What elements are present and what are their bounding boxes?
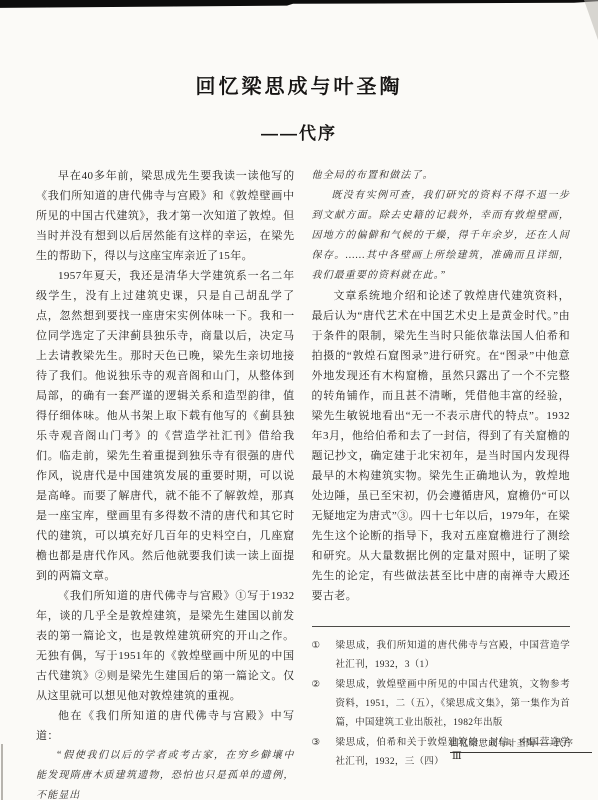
right-column: 他全局的布置和做法了。 既没有实例可查，我们研究的资料不得不退一步到文献方面。除… [312,166,571,800]
left-column: 早在40多年前，梁思成先生要我读一读他写的《我们所知道的唐代佛寺与宫殿》和《敦煌… [36,166,295,800]
page-number: Ⅲ [452,751,462,762]
block-quote-second: 既没有实例可查，我们研究的资料不得不退一步到文献方面。除去史籍的记载外，幸而有敦… [312,186,571,286]
footnote-1: ① 梁思成，我们所知道的唐代佛寺与宫殿，中国营造学社汇刊，1932，3（1） [312,637,571,675]
footnote-marker: ② [312,676,336,733]
block-quote-start: “假使我们以后的学者或考古家，在穷乡僻壤中能发现隋唐木质建筑遗物，恐怕也只是孤单… [36,746,295,800]
paragraph-analysis: 文章系统地介绍和论述了敦煌唐代建筑资料，最后认为“唐代艺术在中国艺术史上是黄金时… [312,286,571,606]
footnote-text: 梁思成，我们所知道的唐代佛寺与宫殿，中国营造学社汇刊，1932，3（1） [336,637,571,675]
footnote-marker: ① [312,637,336,675]
scan-artifact-top-edge [0,0,598,9]
running-footer-title: 回忆梁思成与叶圣陶——代序 [450,736,592,753]
footnote-2: ② 梁思成，敦煌壁画中所见的中国古代建筑，文物参考资料，1951，二（五），《梁… [312,676,571,733]
block-quote-continuation: 他全局的布置和做法了。 [312,166,571,186]
paragraph-1957-visit: 1957年夏天，我还是清华大学建筑系一名二年级学生，没有上过建筑史课，只是自己胡… [36,266,295,586]
scan-artifact-left-edge [1,744,3,800]
article-body: 早在40多年前，梁思成先生要我读一读他写的《我们所知道的唐代佛寺与宫殿》和《敦煌… [36,166,570,800]
footnote-text: 梁思成，敦煌壁画中所见的中国古代建筑，文物参考资料，1951，二（五），《梁思成… [336,676,571,733]
paragraph-two-essays: 《我们所知道的唐代佛寺与宫殿》①写于1932年，谈的几乎全是敦煌建筑，是梁先生建… [36,586,295,706]
scanned-book-page: 回忆梁思成与叶圣陶 ——代序 早在40多年前，梁思成先生要我读一读他写的《我们所… [0,0,598,800]
page-title: 回忆梁思成与叶圣陶 [0,70,598,99]
page-subtitle: ——代序 [0,119,598,144]
footnote-marker: ③ [312,734,336,772]
paragraph-intro: 早在40多年前，梁思成先生要我读一读他写的《我们所知道的唐代佛寺与宫殿》和《敦煌… [36,166,295,266]
scan-artifact-corner [584,0,598,40]
paragraph-quote-lead-in: 他在《我们所知道的唐代佛寺与宫殿》中写道： [36,706,295,746]
